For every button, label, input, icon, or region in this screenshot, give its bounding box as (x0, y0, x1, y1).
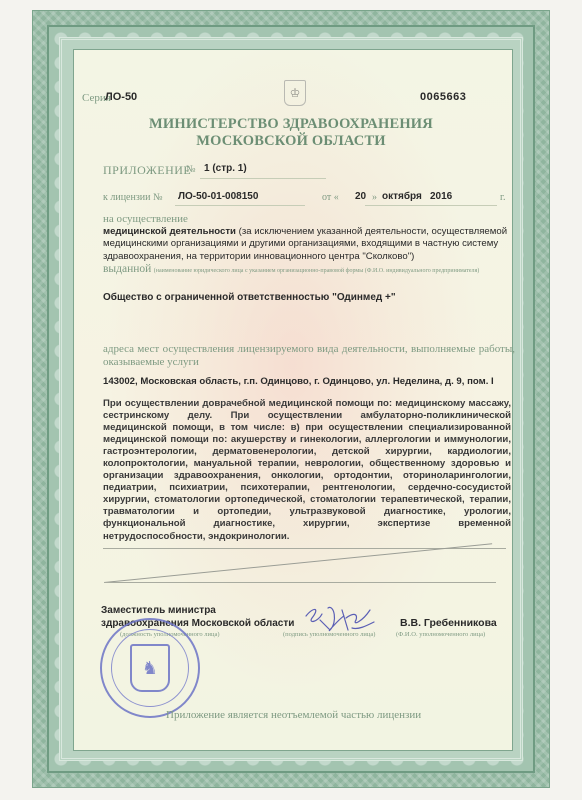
handwritten-signature-icon (300, 600, 380, 638)
issued-label: выданной (103, 263, 151, 275)
license-number: ЛО-50-01-008150 (178, 191, 258, 202)
appendix-value: 1 (стр. 1) (204, 163, 247, 174)
address-value: 143002, Московская область, г.п. Одинцов… (103, 376, 494, 387)
services-list: При осуществлении доврачебной медицинско… (103, 398, 511, 543)
activity-title: медицинской деятельности (103, 226, 236, 237)
cancel-bottom-line (104, 582, 496, 583)
appendix-number-sign: № (186, 164, 196, 175)
official-stamp-icon: ♞ (100, 618, 200, 718)
signer-position-line1: Заместитель министра (101, 604, 294, 617)
address-label: адреса мест осуществления лицензируемого… (103, 343, 515, 369)
series-value: ЛО-50 (105, 91, 137, 103)
footer-note: Приложение является неотъемлемой частью … (166, 709, 421, 721)
date-year: 2016 (430, 191, 452, 202)
appendix-underline (200, 178, 326, 179)
russian-coat-of-arms-icon: ♔ (284, 80, 306, 106)
issued-to-block: выданной (наименование юридического лица… (103, 263, 518, 277)
license-underline (175, 205, 305, 206)
activity-description: медицинской деятельности (за исключением… (103, 226, 513, 263)
signer-name: В.В. Гребенникова (400, 617, 497, 629)
company-name: Общество с ограниченной ответственностью… (103, 292, 396, 303)
stamp-inner-ring: ♞ (111, 629, 189, 707)
date-month: октября (382, 191, 422, 202)
name-caption: (Ф.И.О. уполномоченного лица) (396, 631, 485, 638)
serial-number: 0065663 (420, 91, 466, 103)
issued-hint: (наименование юридического лица с указан… (154, 268, 480, 274)
license-label: к лицензии № (103, 192, 163, 203)
activity-label: на осуществление (103, 213, 188, 225)
ministry-title-line1: МИНИСТЕРСТВО ЗДРАВООХРАНЕНИЯ (72, 116, 510, 133)
date-from-label: от « (322, 192, 339, 203)
stamp-coat-of-arms-icon: ♞ (130, 644, 170, 692)
date-day-close: » (372, 192, 377, 203)
date-year-suffix: г. (500, 192, 505, 203)
date-day: 20 (355, 191, 366, 202)
date-underline (365, 205, 497, 206)
ministry-title-line2: МОСКОВСКОЙ ОБЛАСТИ (72, 133, 510, 150)
appendix-label: ПРИЛОЖЕНИЕ (103, 163, 191, 178)
